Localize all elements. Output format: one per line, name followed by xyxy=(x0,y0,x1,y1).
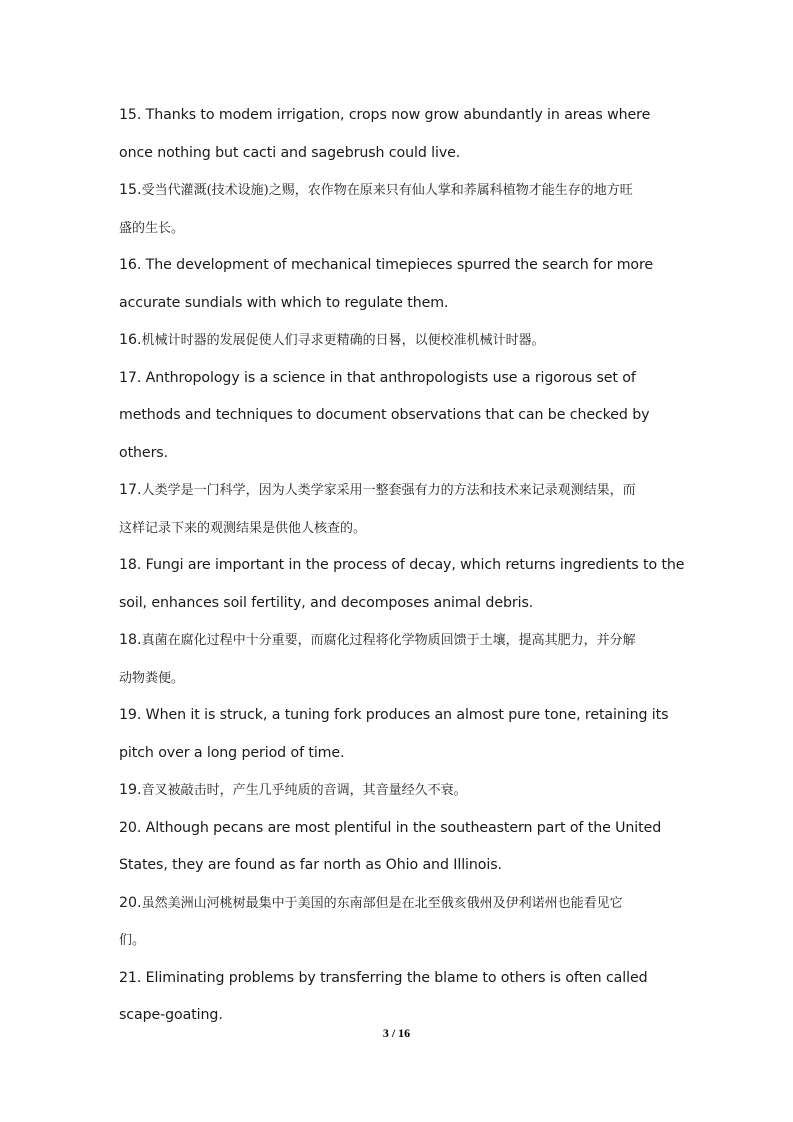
item-number: 18. xyxy=(119,632,142,648)
text-line-zh: 20.虽然美洲山河桃树最集中于美国的东南部但是在北至俄亥俄州及伊利诺州也能看见它 xyxy=(119,885,679,923)
text-line-zh: 们。 xyxy=(119,922,679,960)
page-number: 3 / 16 xyxy=(0,1026,793,1041)
text-line-en: pitch over a long period of time. xyxy=(119,735,679,773)
text-line-en: once nothing but cacti and sagebrush cou… xyxy=(119,135,679,173)
translation-text: 人类学是一门科学，因为人类学家采用一整套强有力的方法和技术来记录观测结果，而 xyxy=(142,483,636,498)
text-line-en: 21. Eliminating problems by transferring… xyxy=(119,960,679,998)
text-line-zh: 19.音叉被敲击时，产生几乎纯质的音调，其音量经久不衰。 xyxy=(119,772,679,810)
text-line-en: 16. The development of mechanical timepi… xyxy=(119,247,679,285)
text-line-zh: 这样记录下来的观测结果是供他人核查的。 xyxy=(119,510,679,548)
translation-text: 盛的生长。 xyxy=(119,221,184,236)
text-line-zh: 15.受当代灌溉(技术设施)之赐，农作物在原来只有仙人掌和荞属科植物才能生存的地… xyxy=(119,172,679,210)
item-number: 19. xyxy=(119,782,142,798)
item-number: 15. xyxy=(119,182,142,198)
translation-text: 机械计时器的发展促使人们寻求更精确的日晷，以便校准机械计时器。 xyxy=(142,333,545,348)
text-line-en: others. xyxy=(119,435,679,473)
translation-text: 这样记录下来的观测结果是供他人核查的。 xyxy=(119,521,366,536)
translation-text: 动物粪便。 xyxy=(119,671,184,686)
translation-text: 音叉被敲击时，产生几乎纯质的音调，其音量经久不衰。 xyxy=(142,783,467,798)
text-line-zh: 18.真菌在腐化过程中十分重要，而腐化过程将化学物质回馈于土壤，提高其肥力，并分… xyxy=(119,622,679,660)
item-number: 20. xyxy=(119,895,142,911)
text-line-en: States, they are found as far north as O… xyxy=(119,847,679,885)
text-line-en: 20. Although pecans are most plentiful i… xyxy=(119,810,679,848)
document-body: 15. Thanks to modem irrigation, crops no… xyxy=(119,97,679,1035)
document-page: 15. Thanks to modem irrigation, crops no… xyxy=(0,0,793,1122)
text-line-en: 15. Thanks to modem irrigation, crops no… xyxy=(119,97,679,135)
text-line-en: 18. Fungi are important in the process o… xyxy=(119,547,679,585)
translation-text: 虽然美洲山河桃树最集中于美国的东南部但是在北至俄亥俄州及伊利诺州也能看见它 xyxy=(142,896,623,911)
translation-text: 真菌在腐化过程中十分重要，而腐化过程将化学物质回馈于土壤，提高其肥力，并分解 xyxy=(142,633,636,648)
text-line-en: 17. Anthropology is a science in that an… xyxy=(119,360,679,398)
text-line-zh: 动物粪便。 xyxy=(119,660,679,698)
item-number: 16. xyxy=(119,332,142,348)
text-line-en: accurate sundials with which to regulate… xyxy=(119,285,679,323)
text-line-zh: 盛的生长。 xyxy=(119,210,679,248)
text-line-zh: 16.机械计时器的发展促使人们寻求更精确的日晷，以便校准机械计时器。 xyxy=(119,322,679,360)
translation-text: 受当代灌溉(技术设施)之赐，农作物在原来只有仙人掌和荞属科植物才能生存的地方旺 xyxy=(142,183,633,198)
item-number: 17. xyxy=(119,482,142,498)
text-line-en: soil, enhances soil fertility, and decom… xyxy=(119,585,679,623)
text-line-en: methods and techniques to document obser… xyxy=(119,397,679,435)
text-line-zh: 17.人类学是一门科学，因为人类学家采用一整套强有力的方法和技术来记录观测结果，… xyxy=(119,472,679,510)
text-line-en: 19. When it is struck, a tuning fork pro… xyxy=(119,697,679,735)
translation-text: 们。 xyxy=(119,933,145,948)
